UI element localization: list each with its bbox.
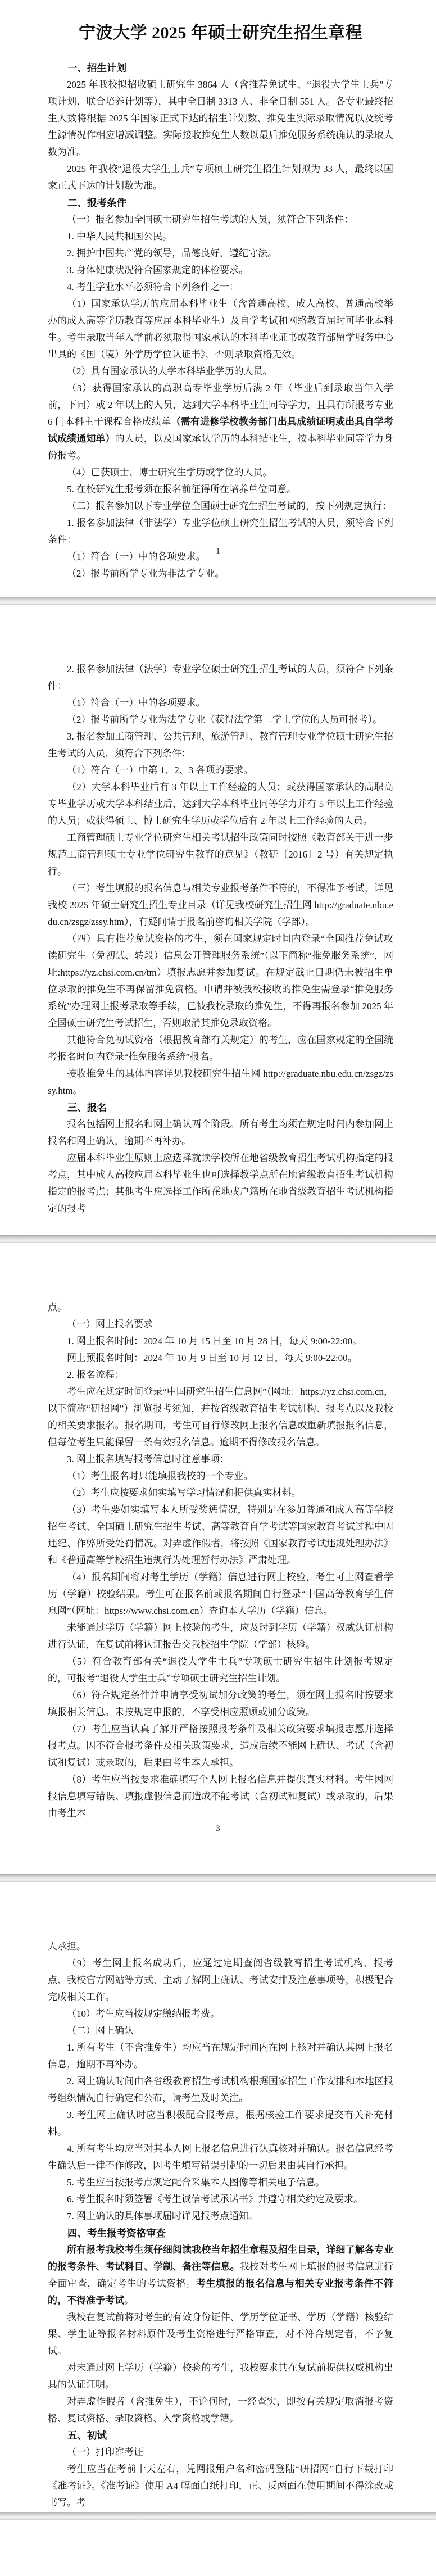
paragraph: 5. 考生应当按报考点规定配合采集本人图像等相关电子信息。 — [48, 2174, 393, 2191]
text-run: （9）考生网上报名成功后，应通过定期查阅省级教育招生考试机构、报考点、我校官方网… — [48, 1958, 393, 2002]
paragraph: （一）报名参加全国硕士研究生招生考试的人员，须符合下列条件： — [48, 211, 393, 228]
paragraph: 2025 年我校拟招收硕士研究生 3864 人（含推荐免试生、“退役大学生士兵”… — [48, 76, 393, 161]
text-run: （2）考生应按要求如实填写学习情况和提供真实材料。 — [67, 1487, 301, 1498]
text-run: 3. 报名参加工商管理、公共管理、旅游管理、教育管理专业学位硕士研究生招生考试的… — [48, 731, 393, 759]
text-run: 1. 网上报名时间：2024 年 10 月 15 日至 10 月 28 日，每天… — [67, 1336, 362, 1346]
paragraph: （3）获得国家承认的高职高专毕业学历后满 2 年（毕业后到录取当年入学前，下同）… — [48, 380, 393, 464]
paragraph: （二）网上确认 — [48, 2022, 393, 2039]
text-run: 7. 网上确认的具体事项届时详见报考点通知。 — [67, 2211, 258, 2221]
paragraph: （9）考生网上报名成功后，应通过定期查阅省级教育招生考试机构、报考点、我校官方网… — [48, 1955, 393, 2006]
paragraph: 4. 所有考生均应当对其本人网上报名信息进行认真核对并确认。报名信息经考生确认后… — [48, 2140, 393, 2174]
page-number: 1 — [0, 547, 436, 556]
paragraph: （一）网上报名要求 — [48, 1316, 393, 1333]
text-run: （7）考生应当认真了解并严格按照报考条件及相关政策要求填报志愿并选择报考点。因不… — [48, 1724, 393, 1768]
paragraph: 2. 网上确认时间由各省级教育招生考试机构根据国家招生工作安排和本地区报考组织情… — [48, 2073, 393, 2107]
paragraph: （4）报名期间将对考生学历（学籍）信息进行网上校验，考生可上网查看学历（学籍）校… — [48, 1569, 393, 1620]
paragraph: （1）符合（一）中第 1、2、3 各项的要求。 — [48, 762, 393, 779]
paragraph: 工商管理硕士专业学位研究生相关考试招生政策同时按照《教育部关于进一步规范工商管理… — [48, 829, 393, 880]
text-run: 人承担。 — [48, 1941, 86, 1952]
text-run: （4）已获硕士、博士研究生学历或学位的人员。 — [67, 467, 272, 478]
text-run: （一）打印准考证 — [67, 2447, 143, 2457]
paragraph: 报名包括网上报名和网上确认两个阶段。所有考生均须在规定时间内参加网上报名和网上确… — [48, 1116, 393, 1150]
paragraph: （2）报考前所学专业为非法学专业。 — [48, 565, 393, 582]
page-break-separator — [0, 1235, 436, 1243]
document-page-5 — [0, 2520, 436, 2576]
text-run: 1. 报名参加法律（非法学）专业学位硕士研究生招生考试的人员，须符合下列条件： — [48, 518, 393, 545]
text-run: 五、初试 — [67, 2430, 107, 2441]
section-heading: 四、考生报考资格审查 — [48, 2225, 393, 2242]
paragraph: 1. 网上报名时间：2024 年 10 月 15 日至 10 月 28 日，每天… — [48, 1333, 393, 1350]
paragraph: （2）报考前所学专业为法学专业（获得法学第二学士学位的人员可报考）。 — [48, 711, 393, 728]
paragraph: （2）具有国家承认的大学本科毕业学历的人员。 — [48, 363, 393, 380]
text-run: 报名包括网上报名和网上确认两个阶段。所有考生均须在规定时间内参加网上报名和网上确… — [48, 1119, 393, 1146]
text-run: （二）网上确认 — [67, 2025, 134, 2036]
page-break-separator — [0, 597, 436, 605]
page-break-separator — [0, 1874, 436, 1882]
paragraph: 其他符合免初试资格（根据教育部有关规定）的考生，应在国家规定的全国统考报名时间内… — [48, 1032, 393, 1065]
paragraph: 7. 网上确认的具体事项届时详见报考点通知。 — [48, 2208, 393, 2225]
text-run: 未能通过学历（学籍）网上校验的考生，应及时到学历（学籍）权威认证机构进行认证，在… — [48, 1622, 393, 1650]
document-viewer: 宁波大学 2025 年硕士研究生招生章程一、招生计划2025 年我校拟招收硕士研… — [0, 0, 436, 2576]
text-run: （一）网上报名要求 — [67, 1319, 153, 1330]
document-page-3: 点。（一）网上报名要求1. 网上报名时间：2024 年 10 月 15 日至 1… — [0, 1243, 436, 1874]
text-run: （2）报考前所学专业为法学专业（获得法学第二学士学位的人员可报考）。 — [67, 714, 382, 725]
text-run: （1）符合（一）中第 1、2、3 各项的要求。 — [67, 765, 253, 775]
text-run: （5）符合教育部有关“退役大学生士兵”专项硕士研究生招生计划报考规定的，可报考“… — [48, 1656, 393, 1684]
text-run: 3. 考生网上确认时应当积极配合报考点，根据核验工作要求提交有关补充材料。 — [48, 2110, 393, 2137]
text-run: 四、考生报考资格审查 — [67, 2228, 166, 2239]
text-run: （3）考生要如实填写本人所受奖惩情况，特别是在参加普通和成人高等学校招生考试、全… — [48, 1504, 393, 1566]
paragraph: （一）打印准考证 — [48, 2444, 393, 2461]
paragraph-continuation: 人承担。 — [48, 1938, 393, 1955]
paragraph-continuation: 点。 — [48, 1299, 393, 1316]
text-run: 。 — [124, 2295, 134, 2306]
text-run: 5. 在校研究生报考须在报名前征得所在培养单位同意。 — [67, 484, 296, 495]
paragraph: 2. 拥护中国共产党的领导，品德良好，遵纪守法。 — [48, 245, 393, 262]
text-run: （8）考生应当按要求准确填写个人网上报名信息并提供真实材料。考生因网报信息填写错… — [48, 1774, 393, 1818]
text-run: 1. 中华人民共和国公民。 — [67, 231, 172, 242]
text-run: 宁波大学 2025 年硕士研究生招生章程 — [79, 24, 362, 42]
paragraph: 2. 报名流程： — [48, 1367, 393, 1384]
text-run: （2）具有国家承认的大学本科毕业学历的人员。 — [67, 366, 272, 377]
paragraph: （8）考生应当按要求准确填写个人网上报名信息并提供真实材料。考生因网报信息填写错… — [48, 1771, 393, 1822]
text-run: 1. 所有考生（不含推免生）均应当在规定时间内在网上核对并确认其网上报名信息，逾… — [48, 2042, 393, 2070]
paragraph: （7）考生应当认真了解并严格按照报考条件及相关政策要求填报志愿并选择报考点。因不… — [48, 1721, 393, 1771]
text-run: 4. 考生学业水平必须符合下列条件之一： — [67, 282, 239, 292]
text-run: （三）考生填报的报名信息与相关专业报考条件不符的，不得准予考试，详见我校 202… — [48, 883, 393, 927]
text-run: （2）报考前所学专业为非法学专业。 — [67, 568, 225, 579]
paragraph: 对未通过网上学历（学籍）校验的考生，我校要求其在复试前提供权威机构出具的认证证明… — [48, 2360, 393, 2393]
text-run: 接收推免生的具体内容详见我校研究生招生网 http://graduate.nbu… — [48, 1068, 393, 1096]
section-heading: 二、报考条件 — [48, 194, 393, 211]
paragraph: （1）符合（一）中的各项要求。 — [48, 695, 393, 711]
section-heading: 一、招生计划 — [48, 60, 393, 76]
paragraph: 1. 所有考生（不含推免生）均应当在规定时间内在网上核对并确认其网上报名信息，逾… — [48, 2039, 393, 2073]
text-run: （10）考生应当按规定缴纳报考费。 — [67, 2008, 220, 2019]
paragraph: 6. 考生报名时须签署《考生诚信考试承诺书》并遵守相关约定及要求。 — [48, 2191, 393, 2208]
text-run: 考生应在规定时间登录“中国研究生招生信息网”（网址：https://yz.chs… — [48, 1386, 393, 1448]
text-run: 工商管理硕士专业学位研究生相关考试招生政策同时按照《教育部关于进一步规范工商管理… — [48, 832, 393, 877]
paragraph: 3. 身体健康状况符合国家规定的体检要求。 — [48, 262, 393, 279]
paragraph: 应届本科毕业生原则上应选择就读学校所在地省级教育招生考试机构指定的报考点，其中成… — [48, 1150, 393, 1217]
paragraph: （1）国家承认学历的应届本科毕业生（含普通高校、成人高校、普通高校举办的成人高等… — [48, 296, 393, 363]
paragraph: 5. 在校研究生报考须在报名前征得所在培养单位同意。 — [48, 481, 393, 498]
text-run: 点。 — [48, 1302, 67, 1313]
text-run: （四）具有推荐免试资格的考生，须在国家规定时间内登录“全国推荐免试攻读研究生（免… — [48, 933, 393, 1028]
paragraph: （三）考生填报的报名信息与相关专业报考条件不符的，不得准予考试，详见我校 202… — [48, 880, 393, 931]
text-run: （1）考生报名时只能填报我校的一个专业。 — [67, 1471, 253, 1481]
document-page-1: 宁波大学 2025 年硕士研究生招生章程一、招生计划2025 年我校拟招收硕士研… — [0, 0, 436, 597]
paragraph: 未能通过学历（学籍）网上校验的考生，应及时到学历（学籍）权威认证机构进行认证，在… — [48, 1620, 393, 1653]
text-run: 网上预报名时间：2024 年 10 月 9 日至 10 月 12 日，每天 9:… — [67, 1353, 357, 1363]
text-run: 对未通过网上学历（学籍）校验的考生，我校要求其在复试前提供权威机构出具的认证证明… — [48, 2362, 393, 2390]
paragraph: 网上预报名时间：2024 年 10 月 9 日至 10 月 12 日，每天 9:… — [48, 1350, 393, 1367]
text-run: 5. 考生应当按报考点规定配合采集本人图像等相关电子信息。 — [67, 2177, 325, 2188]
text-run: （一）报名参加全国硕士研究生招生考试的人员，须符合下列条件： — [67, 214, 353, 225]
section-heading: 三、报名 — [48, 1099, 393, 1116]
document-page-4: 人承担。（9）考生网上报名成功后，应通过定期查阅省级教育招生考试机构、报考点、我… — [0, 1882, 436, 2512]
paragraph: 2. 报名参加法律（法学）专业学位硕士研究生招生考试的人员，须符合下列条件： — [48, 661, 393, 695]
paragraph: （4）已获硕士、博士研究生学历或学位的人员。 — [48, 464, 393, 481]
text-run: 对弄虚作假者（含推免生），不论何时，一经查实，即按有关规定取消报考资格、复试资格… — [48, 2396, 393, 2424]
paragraph: 对弄虚作假者（含推免生），不论何时，一经查实，即按有关规定取消报考资格、复试资格… — [48, 2393, 393, 2427]
text-run: 3. 网上报名填写报考信息时注意事项： — [67, 1454, 229, 1464]
text-run: 应届本科毕业生原则上应选择就读学校所在地省级教育招生考试机构指定的报考点，其中成… — [48, 1153, 393, 1214]
paragraph: （10）考生应当按规定缴纳报考费。 — [48, 2006, 393, 2022]
paragraph: 3. 考生网上确认时应当积极配合报考点，根据核验工作要求提交有关补充材料。 — [48, 2107, 393, 2140]
text-run: 2. 报名流程： — [67, 1369, 124, 1380]
text-run: 2025 年我校拟招收硕士研究生 3864 人（含推荐免试生、“退役大学生士兵”… — [48, 79, 393, 157]
paragraph: （3）考生要如实填写本人所受奖惩情况，特别是在参加普通和成人高等学校招生考试、全… — [48, 1502, 393, 1569]
paragraph: （1）考生报名时只能填报我校的一个专业。 — [48, 1468, 393, 1485]
text-run: 其他符合免初试资格（根据教育部有关规定）的考生，应在国家规定的全国统考报名时间内… — [48, 1035, 393, 1062]
text-run: 一、招生计划 — [67, 62, 126, 74]
text-run: 2. 网上确认时间由各省级教育招生考试机构根据国家招生工作安排和本地区报考组织情… — [48, 2076, 393, 2103]
text-run: 2. 报名参加法律（法学）专业学位硕士研究生招生考试的人员，须符合下列条件： — [48, 664, 393, 691]
text-run: 二、报考条件 — [67, 197, 126, 208]
paragraph: 1. 中华人民共和国公民。 — [48, 228, 393, 245]
paragraph: 所有报考我校考生须仔细阅读我校当年招生章程及招生目录，详细了解各专业的报考条件、… — [48, 2242, 393, 2309]
paragraph: 1. 报名参加法律（非法学）专业学位硕士研究生招生考试的人员，须符合下列条件： — [48, 515, 393, 548]
paragraph: （2）考生应按要求如实填写学习情况和提供真实材料。 — [48, 1485, 393, 1502]
text-run: 三、报名 — [67, 1102, 107, 1113]
paragraph: 接收推免生的具体内容详见我校研究生招生网 http://graduate.nbu… — [48, 1065, 393, 1099]
page-number: 2 — [0, 1185, 436, 1195]
text-run: 2025 年我校“退役大学生士兵”专项硕士研究生招生计划拟为 33 人，最终以国… — [48, 164, 393, 191]
page-number: 3 — [0, 1824, 436, 1834]
paragraph: 3. 报名参加工商管理、公共管理、旅游管理、教育管理专业学位硕士研究生招生考试的… — [48, 728, 393, 762]
paragraph: 3. 网上报名填写报考信息时注意事项： — [48, 1451, 393, 1468]
text-run: 3. 身体健康状况符合国家规定的体检要求。 — [67, 265, 248, 275]
paragraph: （5）符合教育部有关“退役大学生士兵”专项硕士研究生招生计划报考规定的，可报考“… — [48, 1653, 393, 1687]
paragraph: 考生应在规定时间登录“中国研究生招生信息网”（网址：https://yz.chs… — [48, 1384, 393, 1451]
text-run: （4）报名期间将对考生学历（学籍）信息进行网上校验，考生可上网查看学历（学籍）校… — [48, 1572, 393, 1616]
paragraph: 我校在复试前将对考生的有效身份证件、学历学位证书、学历（学籍）核验结果、学生证等… — [48, 2309, 393, 2360]
paragraph: （2）大学本科毕业后有 3 年以上工作经验的人员；或获得国家承认的高职高专毕业学… — [48, 779, 393, 829]
text-run: 6. 考生报名时须签署《考生诚信考试承诺书》并遵守相关约定及要求。 — [67, 2194, 363, 2205]
text-run: 我校在复试前将对考生的有效身份证件、学历学位证书、学历（学籍）核验结果、学生证等… — [48, 2312, 393, 2356]
text-run: 4. 所有考生均应当对其本人网上报名信息进行认真核对并确认。报名信息经考生确认后… — [48, 2143, 393, 2171]
document-title: 宁波大学 2025 年硕士研究生招生章程 — [48, 21, 393, 45]
text-run: （1）国家承认学历的应届本科毕业生（含普通高校、成人高校、普通高校举办的成人高等… — [48, 298, 393, 360]
paragraph: （二）报名参加以下专业学位全国硕士研究生招生考试的，按下列规定执行： — [48, 498, 393, 515]
text-run: （6）符合规定条件并申请享受初试加分政策的考生，须在网上报名时按要求填报相关信息… — [48, 1690, 393, 1717]
page-break-separator — [0, 2512, 436, 2520]
text-run: 2. 拥护中国共产党的领导，品德良好，遵纪守法。 — [67, 248, 277, 258]
page-number: 4 — [0, 2462, 436, 2471]
text-run: （2）大学本科毕业后有 3 年以上工作经验的人员；或获得国家承认的高职高专毕业学… — [48, 782, 393, 826]
document-page-2: 2. 报名参加法律（法学）专业学位硕士研究生招生考试的人员，须符合下列条件：（1… — [0, 605, 436, 1235]
paragraph: 2025 年我校“退役大学生士兵”专项硕士研究生招生计划拟为 33 人，最终以国… — [48, 161, 393, 194]
paragraph: （6）符合规定条件并申请享受初试加分政策的考生，须在网上报名时按要求填报相关信息… — [48, 1687, 393, 1721]
section-heading: 五、初试 — [48, 2427, 393, 2444]
paragraph: （四）具有推荐免试资格的考生，须在国家规定时间内登录“全国推荐免试攻读研究生（免… — [48, 931, 393, 1032]
paragraph: 4. 考生学业水平必须符合下列条件之一： — [48, 279, 393, 296]
text-run: （二）报名参加以下专业学位全国硕士研究生招生考试的，按下列规定执行： — [67, 501, 392, 511]
text-run: （1）符合（一）中的各项要求。 — [67, 697, 206, 708]
